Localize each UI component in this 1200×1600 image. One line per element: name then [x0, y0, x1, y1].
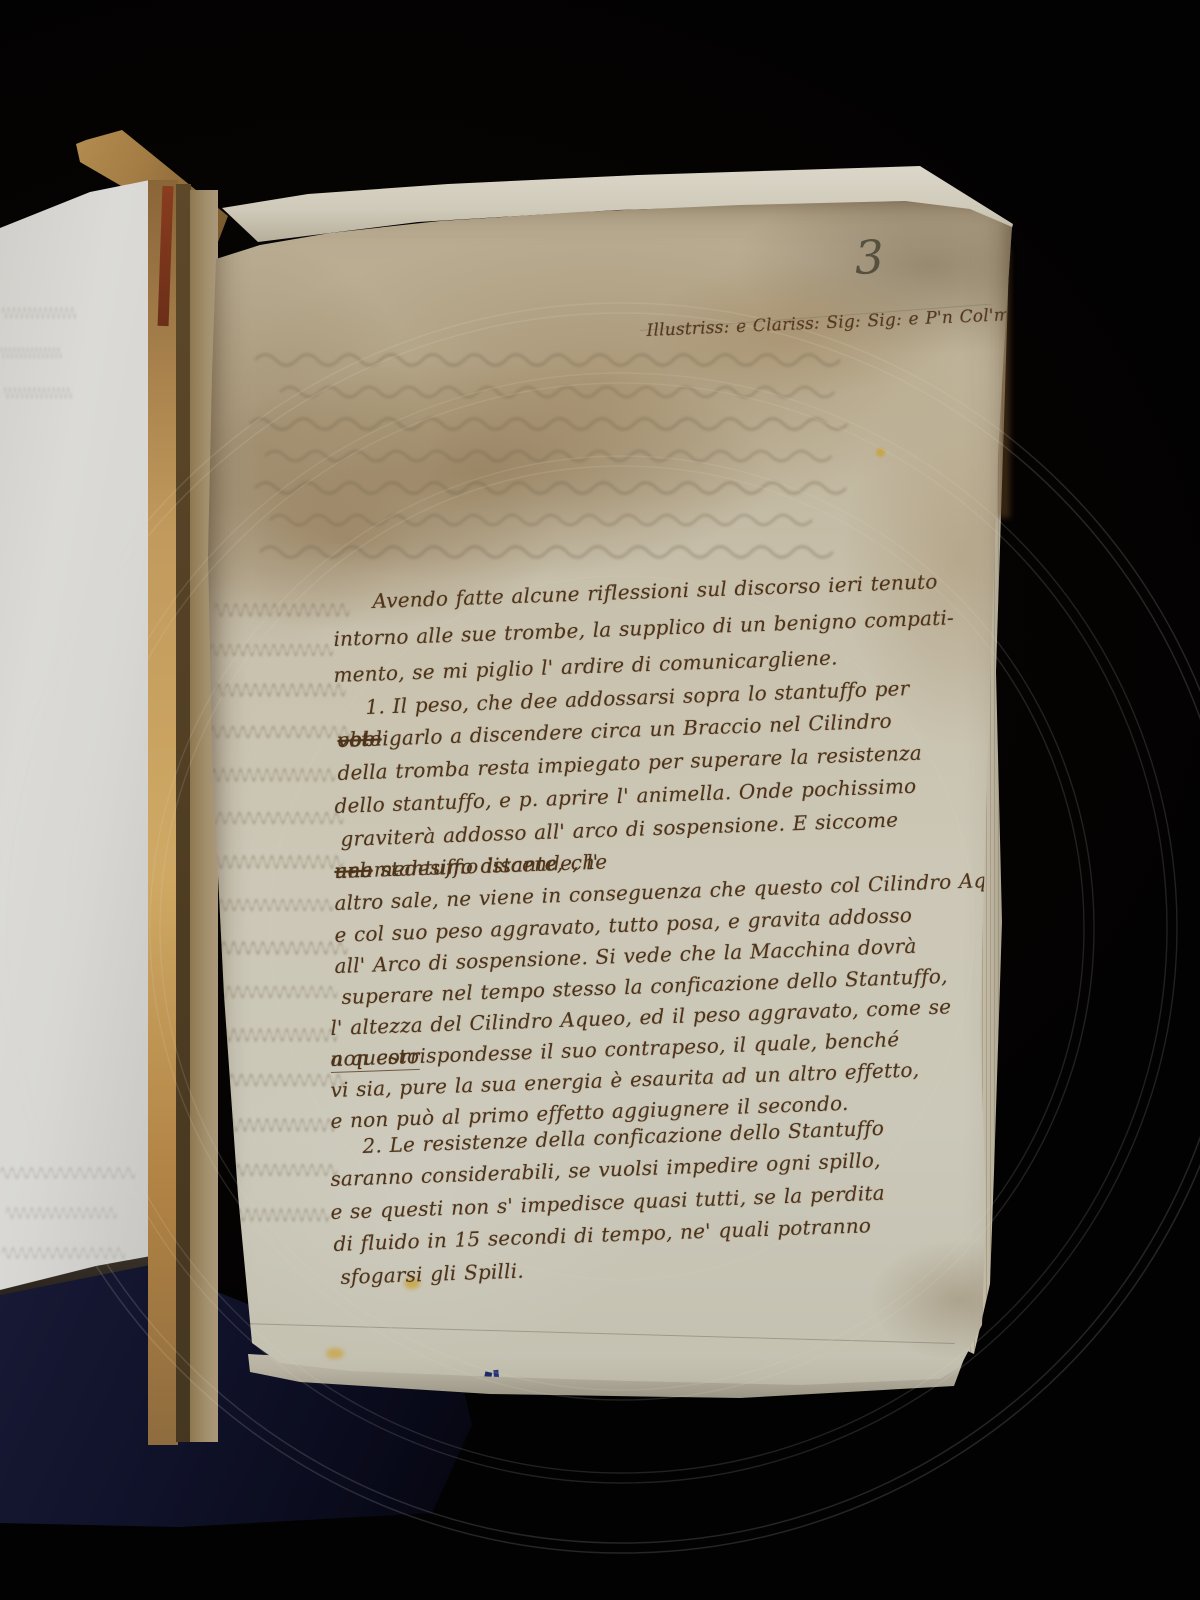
bleedthrough-marks-left-page [0, 128, 154, 1298]
yellow-stain [326, 1348, 344, 1359]
manuscript-photo: 3 Illustriss: e Clariss: Sig: Sig: e P'n… [0, 0, 1200, 1600]
yellow-stain [876, 448, 885, 457]
manuscript-page: 3 Illustriss: e Clariss: Sig: Sig: e P'n… [200, 195, 1015, 1410]
facing-blank-page [0, 128, 154, 1298]
binding-gutter-shadow [176, 184, 191, 1442]
page-number: 3 [854, 243, 885, 271]
binding-gutter-tan-strip [148, 180, 178, 1445]
